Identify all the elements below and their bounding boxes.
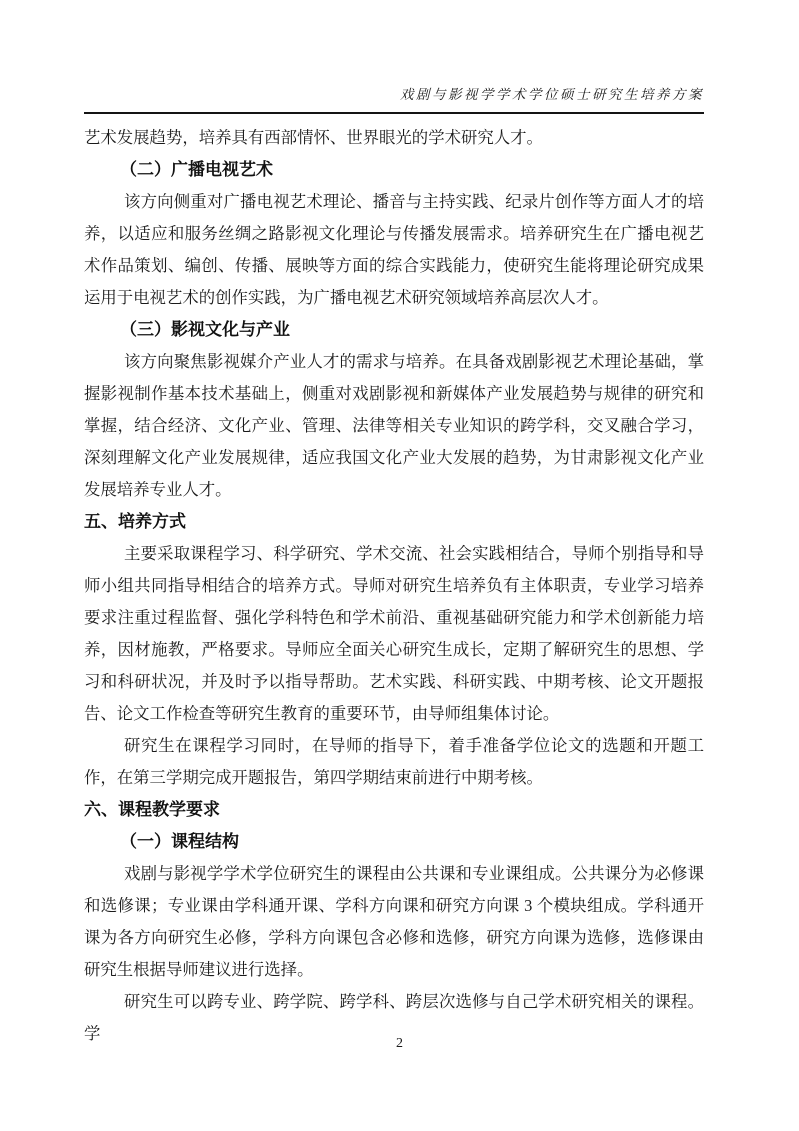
section-heading-course-teaching-requirements: 六、课程教学要求 [84, 794, 704, 826]
paragraph: 戏剧与影视学学术学位研究生的课程由公共课和专业课组成。公共课分为必修课和选修课；… [84, 858, 704, 986]
sub-heading-broadcast-tv-art: （二）广播电视艺术 [120, 154, 704, 186]
paragraph: 主要采取课程学习、科学研究、学术交流、社会实践相结合，导师个别指导和导师小组共同… [84, 538, 704, 730]
sub-heading-film-culture-industry: （三）影视文化与产业 [120, 314, 704, 346]
running-header: 戏剧与影视学学术学位硕士研究生培养方案 [84, 86, 704, 104]
header-rule-divider [84, 112, 704, 114]
paragraph: 该方向聚焦影视媒介产业人才的需求与培养。在具备戏剧影视艺术理论基础，掌握影视制作… [84, 346, 704, 506]
page-number: 2 [0, 1034, 799, 1054]
paragraph: 该方向侧重对广播电视艺术理论、播音与主持实践、纪录片创作等方面人才的培养，以适应… [84, 186, 704, 314]
paragraph-continued: 艺术发展趋势，培养具有西部情怀、世界眼光的学术研究人才。 [84, 122, 704, 154]
document-body: 艺术发展趋势，培养具有西部情怀、世界眼光的学术研究人才。 （二）广播电视艺术 该… [84, 122, 704, 1050]
paragraph: 研究生在课程学习同时，在导师的指导下，着手准备学位论文的选题和开题工作，在第三学… [84, 730, 704, 794]
document-page: 戏剧与影视学学术学位硕士研究生培养方案 艺术发展趋势，培养具有西部情怀、世界眼光… [0, 0, 799, 1131]
section-heading-training-method: 五、培养方式 [84, 506, 704, 538]
sub-heading-course-structure: （一）课程结构 [120, 826, 704, 858]
